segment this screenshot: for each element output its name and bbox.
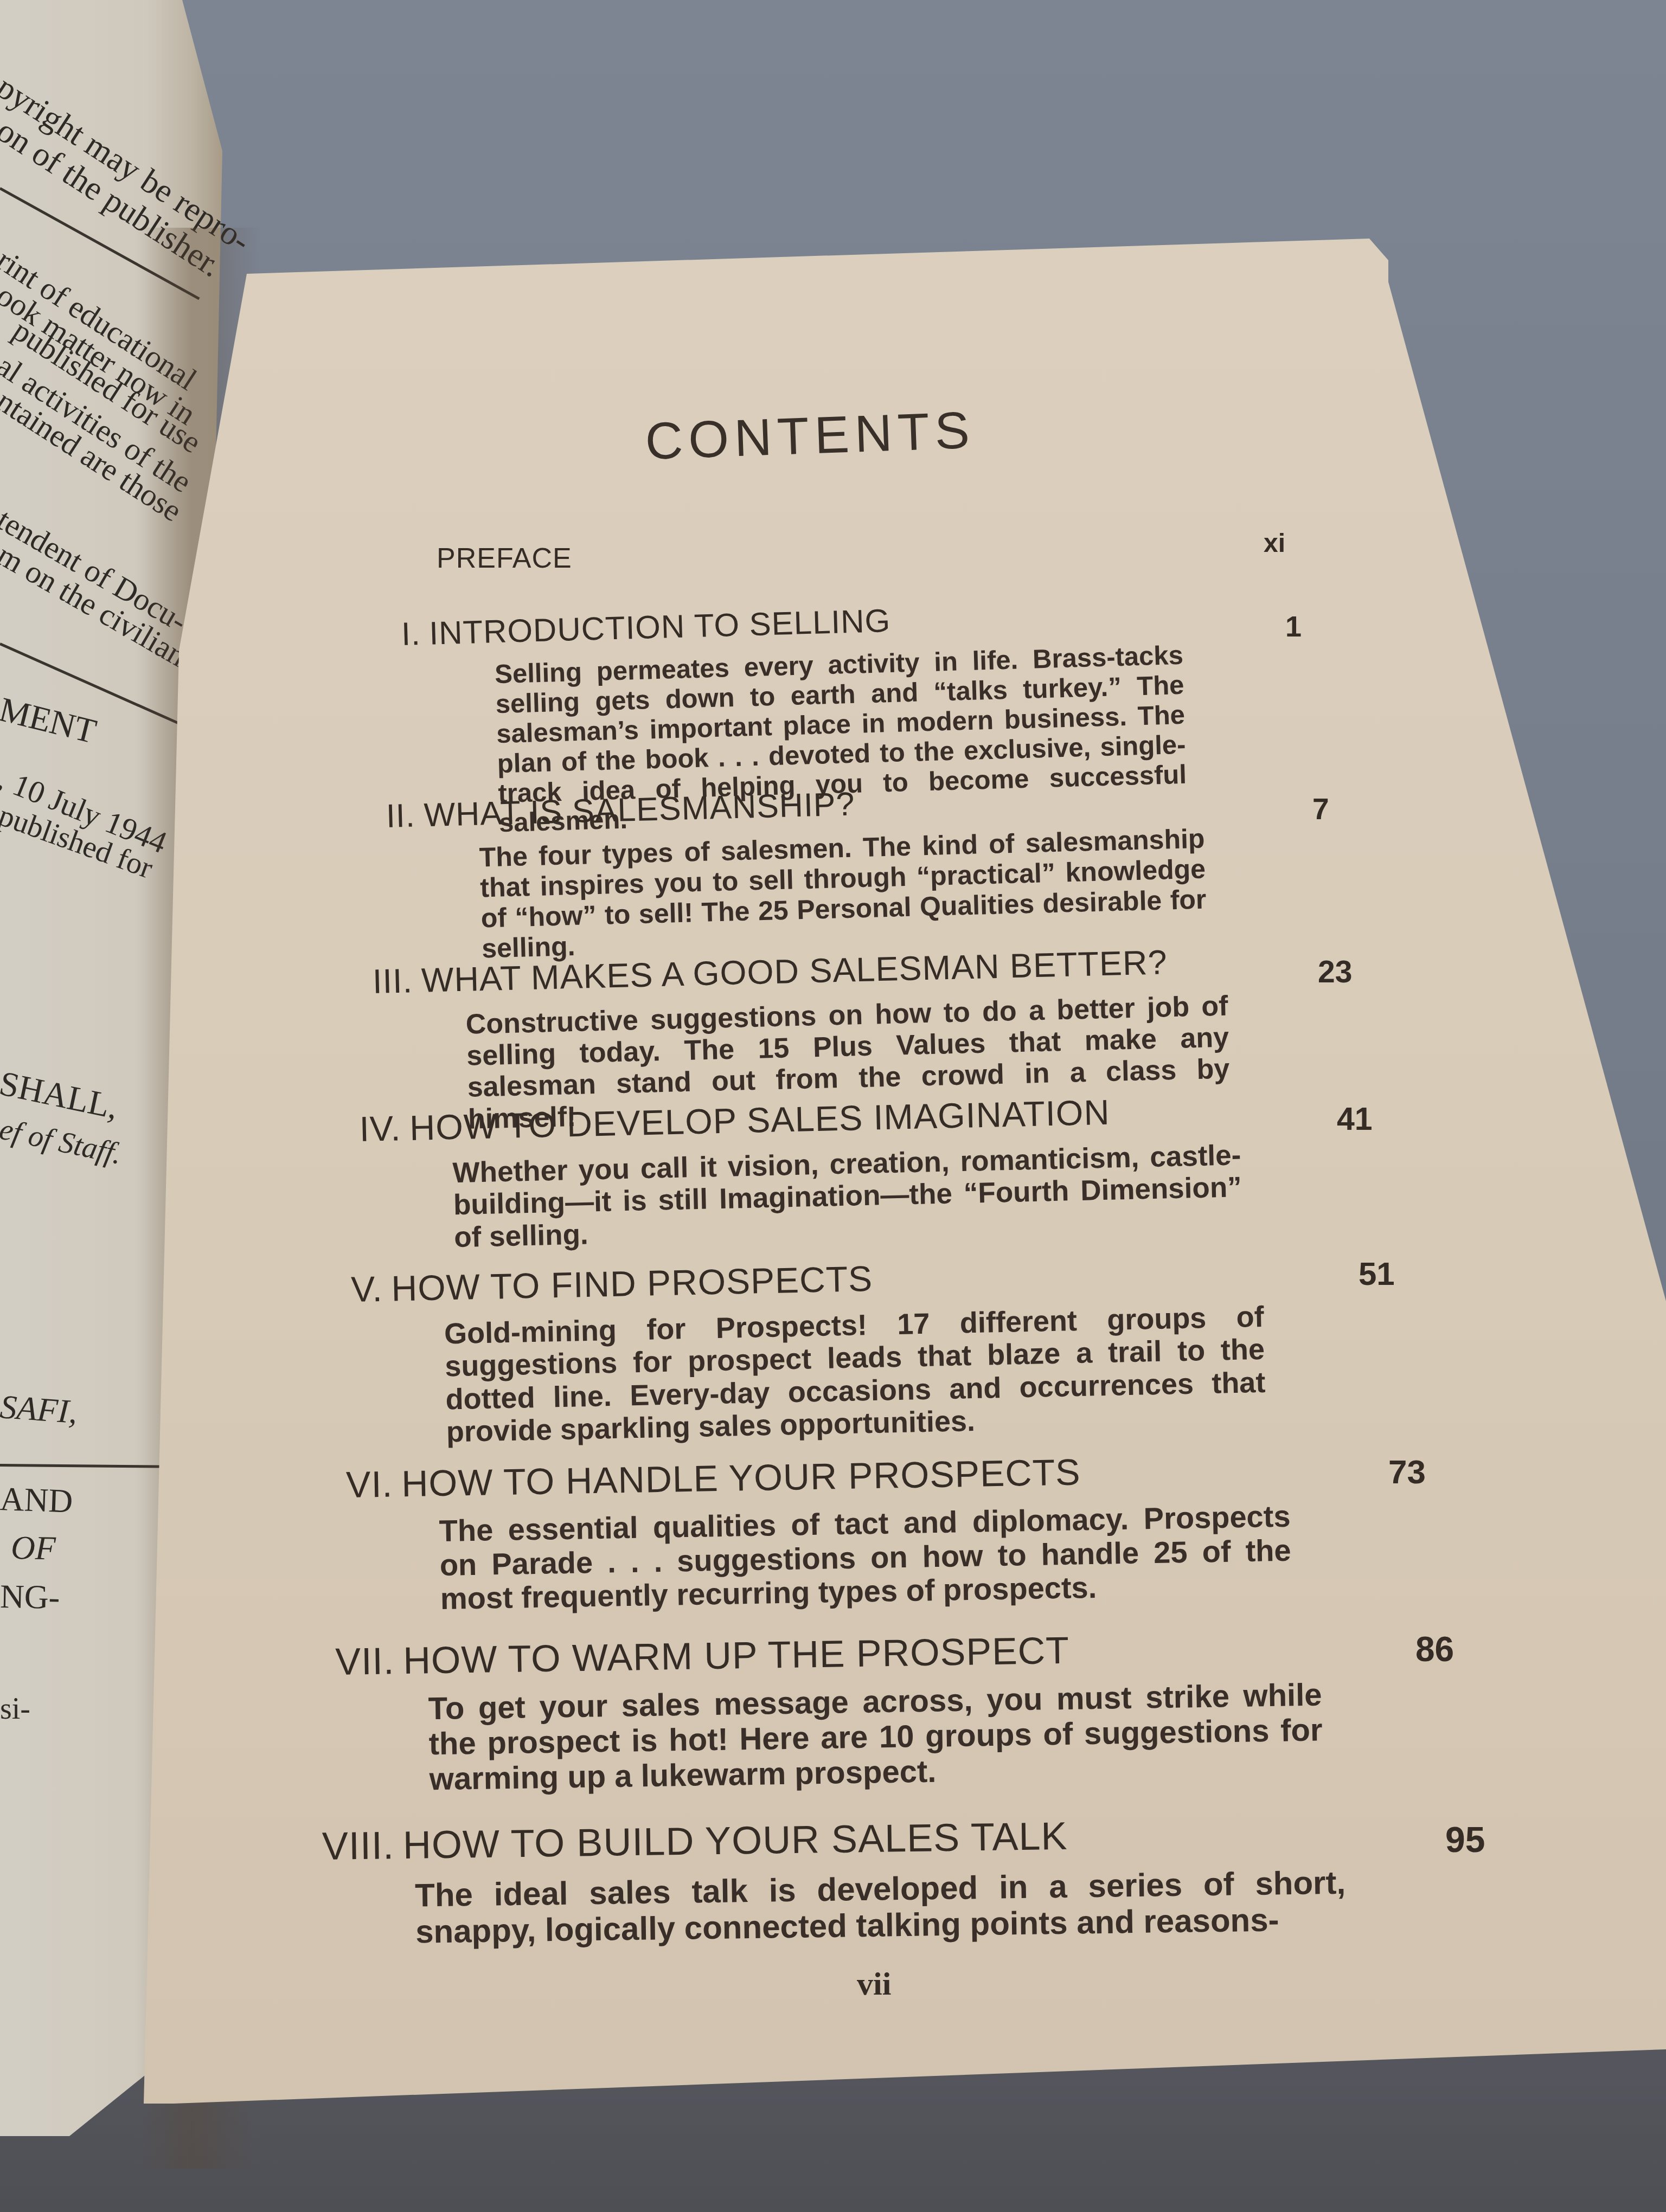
toc-entry-chapter: II.WHAT IS SALESMANSHIP?The four types o… [386, 774, 1268, 966]
toc-entry-chapter: VIII.HOW TO BUILD YOUR SALES TALKThe ide… [322, 1810, 1381, 1952]
toc-chapter-numeral: III. [372, 962, 413, 1001]
toc-chapter-title: HOW TO BUILD YOUR SALES TALK [402, 1815, 1068, 1867]
toc-preface-page-number: xi [1264, 529, 1285, 558]
toc-chapter-description: To get your sales message across, you mu… [428, 1677, 1323, 1797]
toc-chapter-description: The four types of salesmen. The kind of … [479, 824, 1207, 964]
toc-chapter-page-number: 41 [1337, 1101, 1373, 1137]
page-title: CONTENTS [644, 401, 976, 472]
toc-chapter-title: HOW TO WARM UP THE PROSPECT [403, 1629, 1070, 1682]
toc-chapter-page-number: 23 [1318, 954, 1352, 990]
toc-chapter-page-number: 73 [1388, 1453, 1426, 1491]
toc-chapter-numeral: VI. [346, 1464, 393, 1506]
toc-chapter-page-number: 86 [1415, 1629, 1454, 1669]
toc-chapter-page-number: 7 [1312, 792, 1329, 826]
toc-chapter-page-number: 95 [1445, 1819, 1485, 1860]
toc-chapter-description: Whether you call it vision, creation, ro… [452, 1139, 1243, 1253]
toc-chapter-page-number: 51 [1359, 1255, 1395, 1293]
toc-chapter-description: Gold-mining for Prospects! 17 different … [444, 1301, 1266, 1449]
toc-entry-chapter: VI.HOW TO HANDLE YOUR PROSPECTSThe essen… [346, 1446, 1336, 1618]
toc-entry-preface: PREFACE [437, 542, 572, 575]
toc-entry-chapter: VII.HOW TO WARM UP THE PROSPECTTo get yo… [335, 1624, 1362, 1799]
page-folio: vii [857, 1965, 891, 2003]
toc-chapter-numeral: I. [401, 615, 421, 652]
toc-chapter-numeral: VIII. [322, 1824, 394, 1868]
toc-chapter-description: The ideal sales talk is developed in a s… [415, 1864, 1347, 1950]
left-page-line: si- [0, 1692, 30, 1726]
toc-chapter-numeral: VII. [335, 1639, 395, 1683]
toc-chapter-numeral: II. [386, 797, 416, 834]
toc-entry-chapter: V.HOW TO FIND PROSPECTSGold-mining for P… [350, 1249, 1314, 1451]
toc-entry-chapter: IV.HOW TO DEVELOP SALES IMAGINATIONWheth… [359, 1088, 1295, 1256]
left-page-line: AND [0, 1480, 73, 1521]
left-page-line: SAFI, [0, 1388, 79, 1432]
left-page-line: OF [10, 1529, 56, 1568]
toc-chapter-description: The essential qualities of tact and dipl… [439, 1500, 1292, 1617]
left-page-line: NG- [0, 1578, 60, 1617]
toc-chapter-title: HOW TO FIND PROSPECTS [391, 1258, 873, 1309]
toc-chapter-numeral: V. [351, 1269, 383, 1309]
toc-chapter-page-number: 1 [1285, 610, 1302, 644]
toc-chapter-numeral: IV. [359, 1108, 401, 1149]
toc-preface-label: PREFACE [437, 543, 572, 574]
